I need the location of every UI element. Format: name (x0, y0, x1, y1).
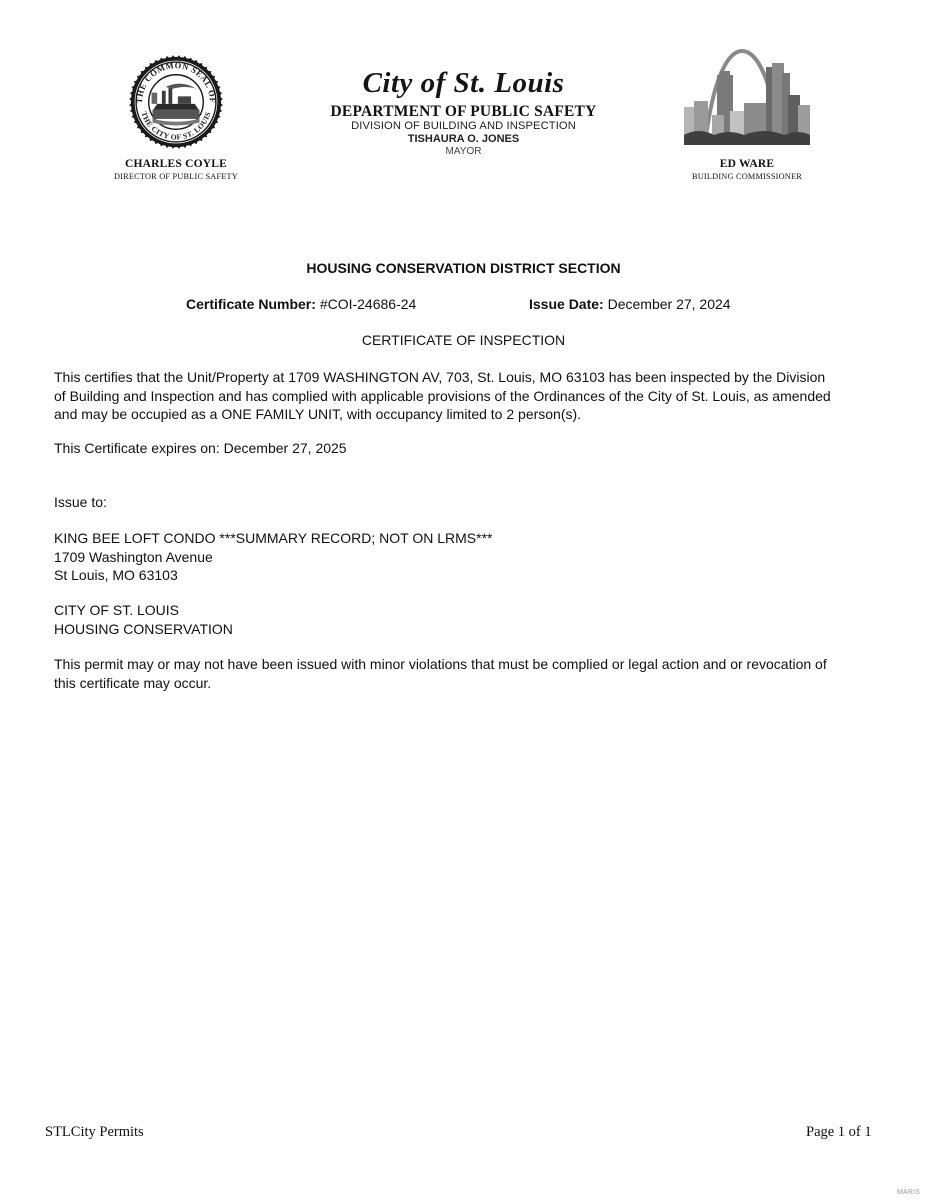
city-name-logo: City of St. Louis (300, 66, 627, 100)
gateway-arch-skyline-icon (684, 45, 810, 145)
issuer-line: HOUSING CONSERVATION (54, 620, 874, 639)
issue-date-value: December 27, 2024 (608, 296, 731, 312)
section-title: HOUSING CONSERVATION DISTRICT SECTION (0, 260, 927, 276)
certification-line: This certifies that the Unit/Property at… (54, 368, 874, 387)
disclaimer-line: This permit may or may not have been iss… (54, 655, 874, 674)
issuer-line: CITY OF ST. LOUIS (54, 601, 874, 620)
issuer-block: CITY OF ST. LOUIS HOUSING CONSERVATION (54, 601, 874, 638)
disclaimer-line: this certificate may occur. (54, 674, 874, 693)
certification-paragraph: This certifies that the Unit/Property at… (54, 368, 874, 424)
letterhead-center: City of St. Louis DEPARTMENT OF PUBLIC S… (300, 66, 627, 158)
director-title: DIRECTOR OF PUBLIC SAFETY (100, 171, 252, 182)
certificate-heading: CERTIFICATE OF INSPECTION (0, 332, 927, 348)
issue-date-label: Issue Date: (529, 296, 604, 312)
disclaimer-paragraph: This permit may or may not have been iss… (54, 655, 874, 692)
certification-line: of Building and Inspection and has compl… (54, 387, 874, 406)
recipient-line: St Louis, MO 63103 (54, 566, 874, 585)
commissioner-block: ED WARE BUILDING COMMISSIONER (672, 45, 822, 182)
recipient-line: KING BEE LOFT CONDO ***SUMMARY RECORD; N… (54, 529, 874, 548)
certification-line: and may be occupied as a ONE FAMILY UNIT… (54, 405, 874, 424)
certificate-number-value: #COI-24686-24 (320, 296, 417, 312)
department-name: DEPARTMENT OF PUBLIC SAFETY (300, 103, 627, 120)
certificate-number-label: Certificate Number: (186, 296, 316, 312)
recipient-line: 1709 Washington Avenue (54, 548, 874, 567)
recipient-address: KING BEE LOFT CONDO ***SUMMARY RECORD; N… (54, 529, 874, 585)
director-block: THE COMMON SEAL OF THE CITY OF ST. LOUIS… (100, 55, 252, 182)
page-number: Page 1 of 1 (806, 1124, 872, 1141)
commissioner-title: BUILDING COMMISSIONER (672, 171, 822, 182)
footer-source: STLCity Permits (45, 1124, 144, 1141)
mayor-name: TISHAURA O. JONES (300, 133, 627, 146)
division-name: DIVISION OF BUILDING AND INSPECTION (300, 120, 627, 133)
mayor-title: MAYOR (300, 146, 627, 158)
watermark: MARIS (897, 1189, 920, 1196)
issue-to-label: Issue to: (54, 493, 874, 512)
director-name: CHARLES COYLE (100, 158, 252, 171)
certificate-number: Certificate Number: #COI-24686-24 (186, 296, 416, 312)
commissioner-name: ED WARE (672, 158, 822, 171)
expiration-text: This Certificate expires on: December 27… (54, 439, 874, 458)
city-seal-icon: THE COMMON SEAL OF THE CITY OF ST. LOUIS (129, 55, 223, 149)
issue-date: Issue Date: December 27, 2024 (529, 296, 731, 312)
